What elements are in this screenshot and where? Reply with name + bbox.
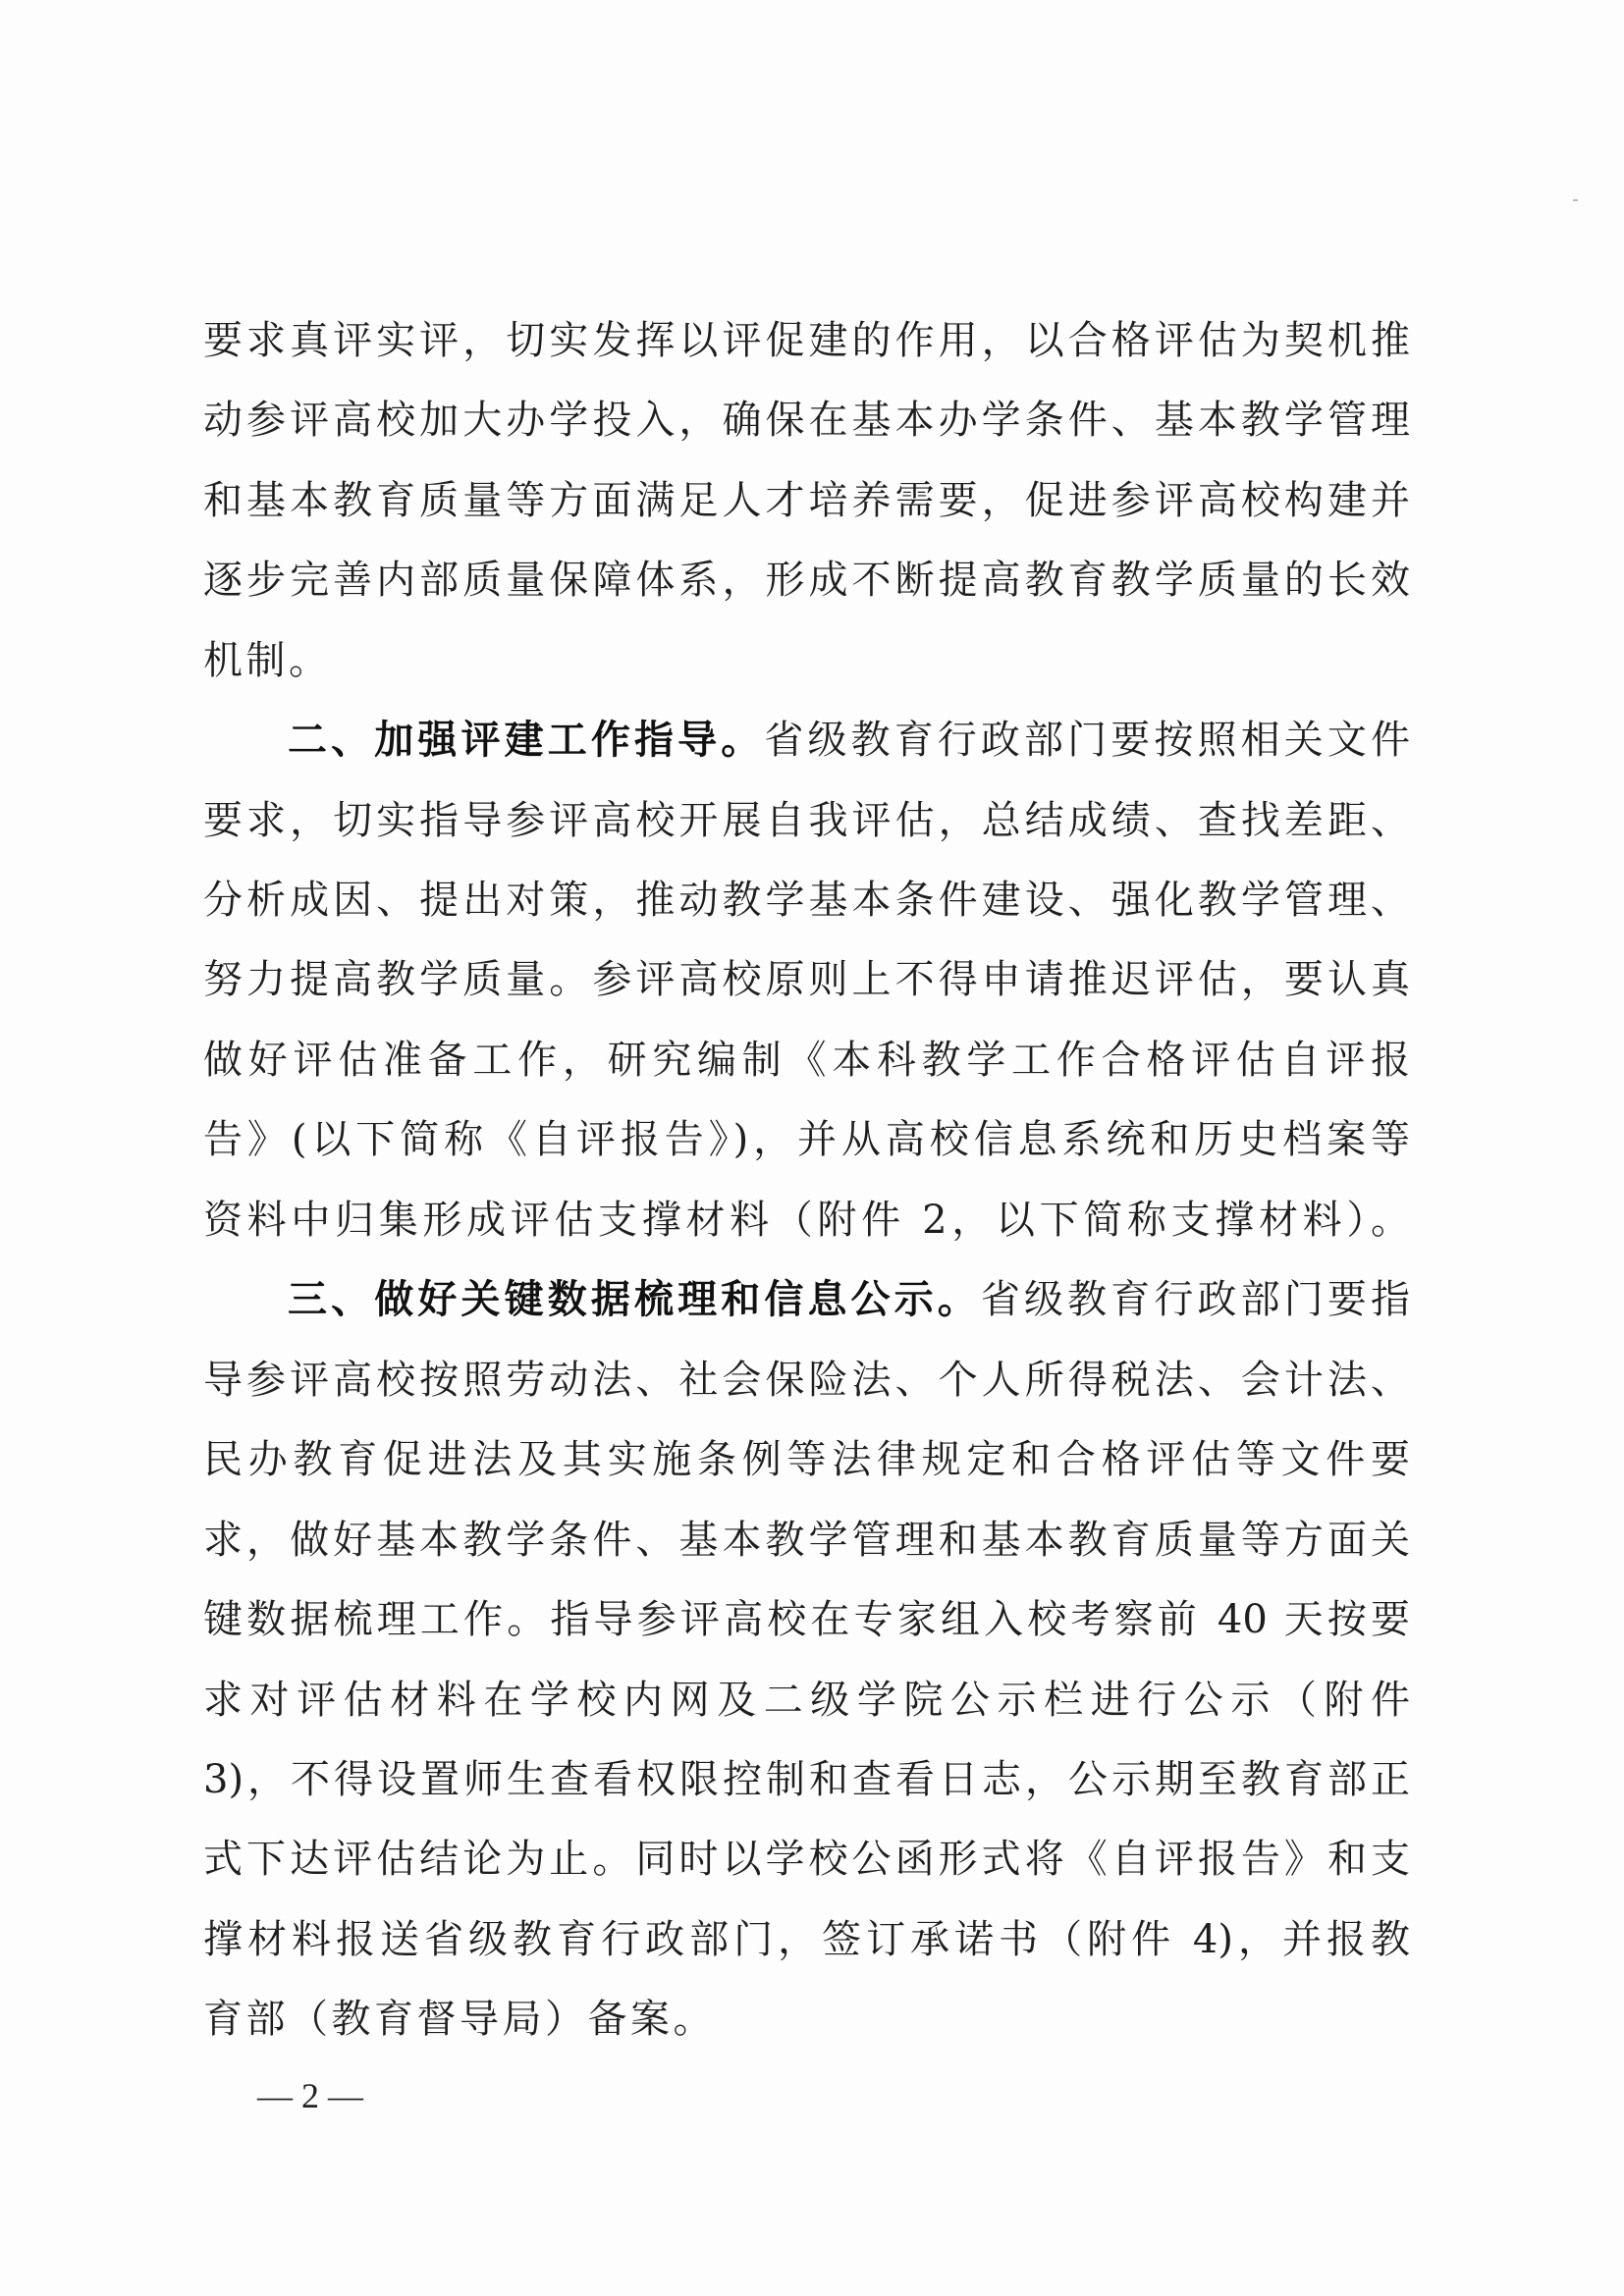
text-line: 要求真评实评，切实发挥以评促建的作用，以合格评估为契机推	[203, 317, 1410, 364]
section-heading-line: 二、加强评建工作指导。省级教育行政部门要按照相关文件	[288, 717, 1410, 764]
text-line: 和基本教育质量等方面满足人才培养需要，促进参评高校构建并	[203, 477, 1410, 524]
text-line: 求对评估材料在学校内网及二级学院公示栏进行公示（附件	[203, 1677, 1410, 1724]
text-line: 分析成因、提出对策，推动教学基本条件建设、强化教学管理、	[203, 877, 1410, 924]
text-line: 要求，切实指导参评高校开展自我评估，总结成绩、查找差距、	[203, 797, 1410, 844]
section-heading: 三、做好关键数据梳理和信息公示。	[288, 1276, 981, 1322]
text-line: 资料中归集形成评估支撑材料（附件 2，以下简称支撑材料）。	[203, 1197, 1410, 1244]
text-line: 民办教育促进法及其实施条例等法律规定和合格评估等文件要	[203, 1436, 1410, 1483]
text-line: 机制。	[203, 637, 1410, 684]
text-line: 告》(以下简称《自评报告》)，并从高校信息系统和历史档案等	[203, 1116, 1410, 1163]
page-number: — 2 —	[257, 2074, 363, 2117]
section-heading-line: 三、做好关键数据梳理和信息公示。省级教育行政部门要指	[288, 1276, 1410, 1323]
document-page: 要求真评实评，切实发挥以评促建的作用，以合格评估为契机推 动参评高校加大办学投入…	[0, 0, 1624, 2296]
section-heading: 二、加强评建工作指导。	[288, 717, 764, 763]
text-run: 省级教育行政部门要按照相关文件	[764, 718, 1410, 763]
text-line: 键数据梳理工作。指导参评高校在专家组入校考察前 40 天按要	[203, 1596, 1410, 1643]
scan-artifact	[1573, 199, 1578, 201]
text-line: 导参评高校按照劳动法、社会保险法、个人所得税法、会计法、	[203, 1357, 1410, 1404]
text-run: 省级教育行政部门要指	[981, 1277, 1410, 1322]
text-line: 努力提高教学质量。参评高校原则上不得申请推迟评估，要认真	[203, 956, 1410, 1003]
text-line: 做好评估准备工作，研究编制《本科教学工作合格评估自评报	[203, 1037, 1410, 1084]
text-line: 式下达评估结论为止。同时以学校公函形式将《自评报告》和支	[203, 1836, 1410, 1883]
text-line: 3)，不得设置师生查看权限控制和查看日志，公示期至教育部正	[203, 1756, 1410, 1803]
text-line: 求，做好基本教学条件、基本教学管理和基本教育质量等方面关	[203, 1517, 1410, 1564]
text-line: 动参评高校加大办学投入，确保在基本办学条件、基本教学管理	[203, 397, 1410, 444]
text-line: 撑材料报送省级教育行政部门，签订承诺书（附件 4)，并报教	[203, 1916, 1410, 1963]
text-line: 育部（教育督导局）备案。	[203, 1996, 1410, 2043]
text-line: 逐步完善内部质量保障体系，形成不断提高教育教学质量的长效	[203, 557, 1410, 604]
